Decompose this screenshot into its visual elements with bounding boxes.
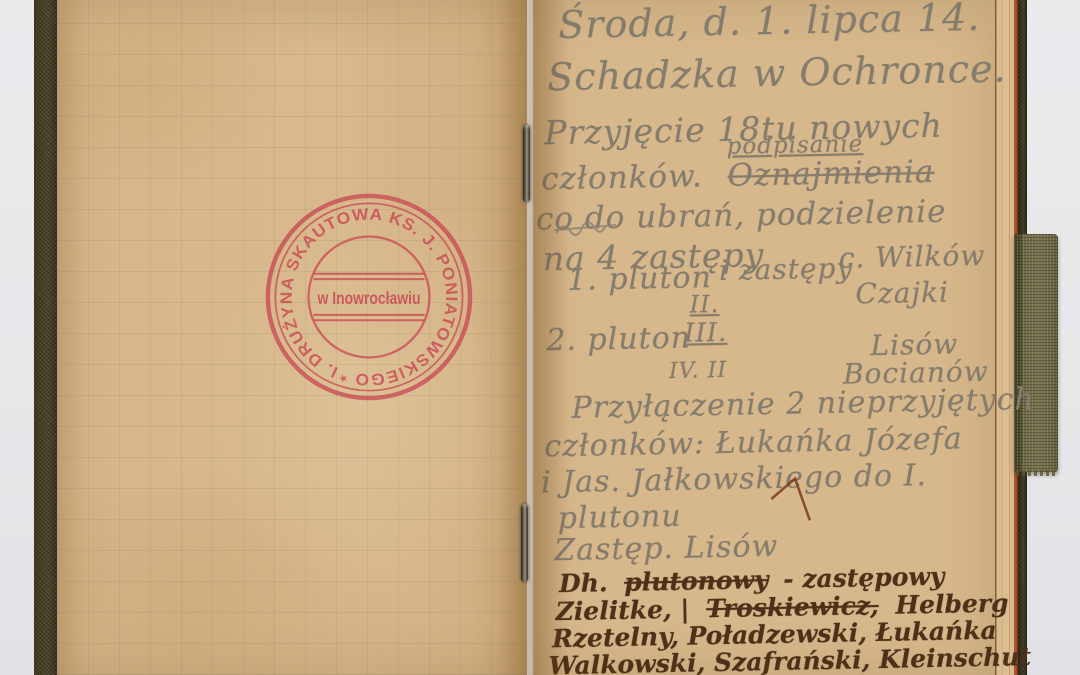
handwritten-line: 2. pluton bbox=[546, 321, 691, 359]
staple-top bbox=[523, 125, 530, 202]
patrol-name: c. Wilków bbox=[838, 239, 985, 275]
struck-word: plutonowy bbox=[624, 565, 769, 597]
handwritten-line: i Jas. Jałkowskiego do I. bbox=[541, 458, 928, 500]
handwritten-line-date: Środa, d. 1. lipca 14. bbox=[558, 0, 981, 47]
right-page: Środa, d. 1. lipca 14. Schadzka w Ochron… bbox=[533, 0, 995, 675]
handwritten-line: Schadzka w Ochronce. bbox=[547, 46, 1007, 99]
patrol-name: Czajki bbox=[855, 276, 949, 311]
left-page: I. DRUŻYNA SKAUTOWA KS. J. PONIATOWSKIEG… bbox=[57, 0, 527, 675]
rubber-stamp: I. DRUŻYNA SKAUTOWA KS. J. PONIATOWSKIEG… bbox=[260, 188, 478, 406]
notebook-photo: I. DRUŻYNA SKAUTOWA KS. J. PONIATOWSKIEG… bbox=[0, 0, 1080, 675]
struck-word: Oznajmienia bbox=[727, 154, 934, 194]
stamp-center-text: w Inowrocławiu bbox=[317, 288, 421, 308]
handwritten-line: członków. Oznajmienia bbox=[541, 154, 935, 198]
handwritten-line: Zastęp. Lisów bbox=[554, 529, 779, 568]
handwritten-word: - zastępowy bbox=[783, 562, 945, 594]
ink-check-mark bbox=[769, 476, 820, 527]
scratched-out-word-mark bbox=[554, 218, 618, 241]
handwritten-line: Przyłączenie 2 nieprzyjętych bbox=[571, 382, 1035, 426]
roman-numeral: III. bbox=[684, 318, 728, 349]
handwritten-word: i zastępy bbox=[719, 251, 854, 287]
left-cover-edge bbox=[34, 0, 59, 675]
handwritten-word: Dh. bbox=[559, 568, 608, 598]
staple-bottom bbox=[521, 504, 528, 582]
handwriting-layer: Środa, d. 1. lipca 14. Schadzka w Ochron… bbox=[528, 0, 1003, 675]
handwritten-word: członków. bbox=[541, 158, 703, 197]
roman-numeral: II. bbox=[689, 290, 719, 319]
roman-numeral: IV. II bbox=[669, 358, 728, 384]
cloth-strap-tab bbox=[1014, 234, 1058, 472]
